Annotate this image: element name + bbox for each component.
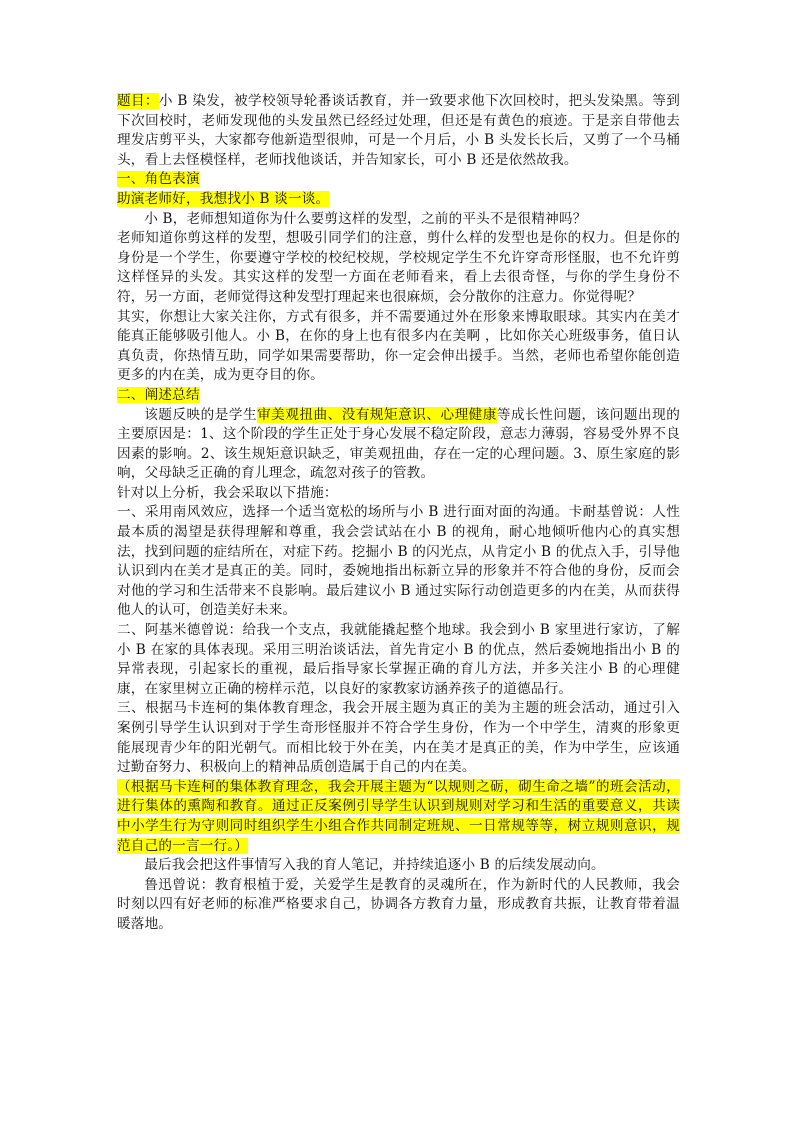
analysis-paragraph: 该题反映的是学生审美观扭曲、没有规矩意识、心理健康等成长性问题，该问题出现的主要… — [117, 406, 680, 484]
section1-heading: 一、角色表演 — [117, 171, 200, 187]
role-play-paragraph-2: 老师知道你剪这样的发型，想吸引同学们的注意，剪什么样的发型也是你的权力。但是你的… — [117, 229, 680, 307]
alternative-note: （根据马卡连柯的集体教育理念，我会开展主题为“以规则之砺，砌生命之墙”的班会活动… — [117, 779, 680, 854]
closing-paragraph-1: 最后我会把这件事情写入我的育人笔记，并持续追逐小 B 的后续发展动向。 — [117, 856, 680, 876]
analysis-prefix: 该题反映的是学生 — [144, 407, 257, 423]
role-play-paragraph-1: 小 B，老师想知道你为什么要剪这样的发型，之前的平头不是很精神吗？ — [117, 210, 680, 230]
question-paragraph: 题目：小 B 染发，被学校领导轮番谈话教育，并一致要求他下次回校时，把头发染黑。… — [117, 92, 680, 170]
measures-intro: 针对以上分析，我会采取以下措施： — [117, 484, 680, 504]
analysis-highlight: 审美观扭曲、没有规矩意识、心理健康 — [257, 407, 497, 423]
assistant-greeting: 助演老师好，我想找小 B 谈一谈。 — [117, 191, 329, 207]
section1-heading-line: 一、角色表演 — [117, 170, 680, 190]
question-text: 小 B 染发，被学校领导轮番谈话教育，并一致要求他下次回校时，把头发染黑。等到下… — [117, 93, 680, 168]
measure-1: 一、采用南风效应，选择一个适当宽松的场所与小 B 进行面对面的沟通。卡耐基曾说：… — [117, 503, 680, 621]
section2-heading: 二、阐述总结 — [117, 387, 200, 403]
assistant-line: 助演老师好，我想找小 B 谈一谈。 — [117, 190, 680, 210]
measure-2: 二、阿基米德曾说：给我一个支点，我就能撬起整个地球。我会到小 B 家里进行家访，… — [117, 621, 680, 699]
role-play-paragraph-3: 其实，你想让大家关注你，方式有很多，并不需要通过外在形象来博取眼球。其实内在美才… — [117, 308, 680, 386]
section2-heading-line: 二、阐述总结 — [117, 386, 680, 406]
measure-3: 三、根据马卡连柯的集体教育理念，我会开展主题为真正的美为主题的班会活动，通过引入… — [117, 699, 680, 777]
alternative-note-paragraph: （根据马卡连柯的集体教育理念，我会开展主题为“以规则之砺，砌生命之墙”的班会活动… — [117, 778, 680, 856]
closing-paragraph-2: 鲁迅曾说：教育根植于爱，关爱学生是教育的灵魂所在，作为新时代的人民教师，我会时刻… — [117, 876, 680, 935]
document-page: 题目：小 B 染发，被学校领导轮番谈话教育，并一致要求他下次回校时，把头发染黑。… — [117, 92, 680, 935]
question-label: 题目： — [117, 93, 159, 109]
